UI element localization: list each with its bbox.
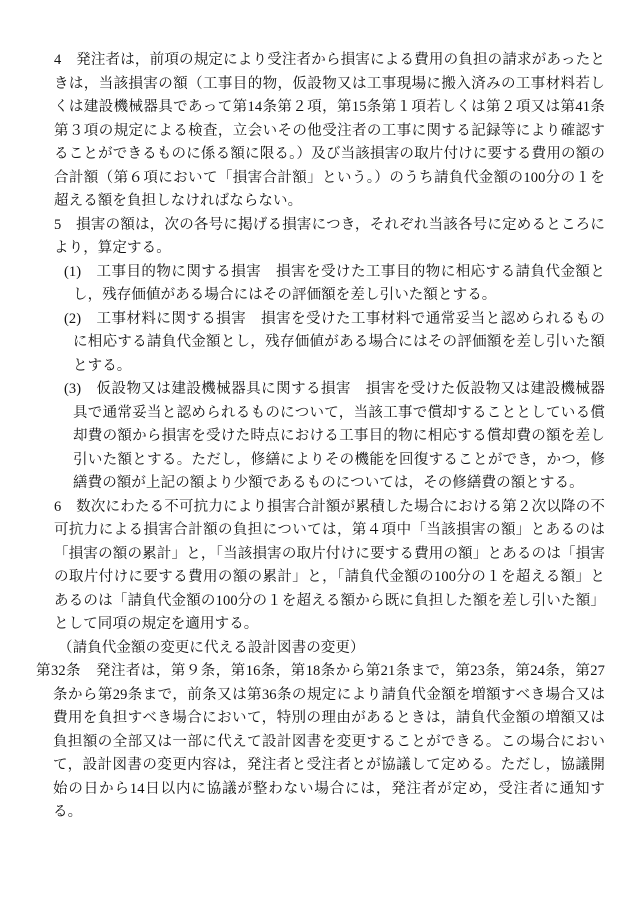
article-32-heading: （請負代金額の変更に代える設計図書の変更） [58,637,605,661]
document-page: 4 発注者は，前項の規定により受注者から損害による費用の負担の請求があったときは… [0,0,630,903]
clause-subitem-1: (1) 工事目的物に関する損害 損害を受けた工事目的物に相応する請負代金額とし，… [73,261,605,308]
clause-subitem-2: (2) 工事材料に関する損害 損害を受けた工事材料で通常妥当と認められるものに相… [73,308,605,379]
clause-paragraph-6: 6 数次にわたる不可抗力により損害合計額が累積した場合における第２次以降の不可抗… [54,496,605,637]
article-32-paragraph: 第32条 発注者は，第９条，第16条，第18条から第21条まで，第23条，第24… [53,660,605,825]
clause-paragraph-4: 4 発注者は，前項の規定により受注者から損害による費用の負担の請求があったときは… [54,49,605,214]
clause-paragraph-5: 5 損害の額は，次の各号に掲げる損害につき，それぞれ当該各号に定めるところにより… [54,214,605,261]
clause-subitem-3: (3) 仮設物又は建設機械器具に関する損害 損害を受けた仮設物又は建設機械器具で… [73,378,605,496]
